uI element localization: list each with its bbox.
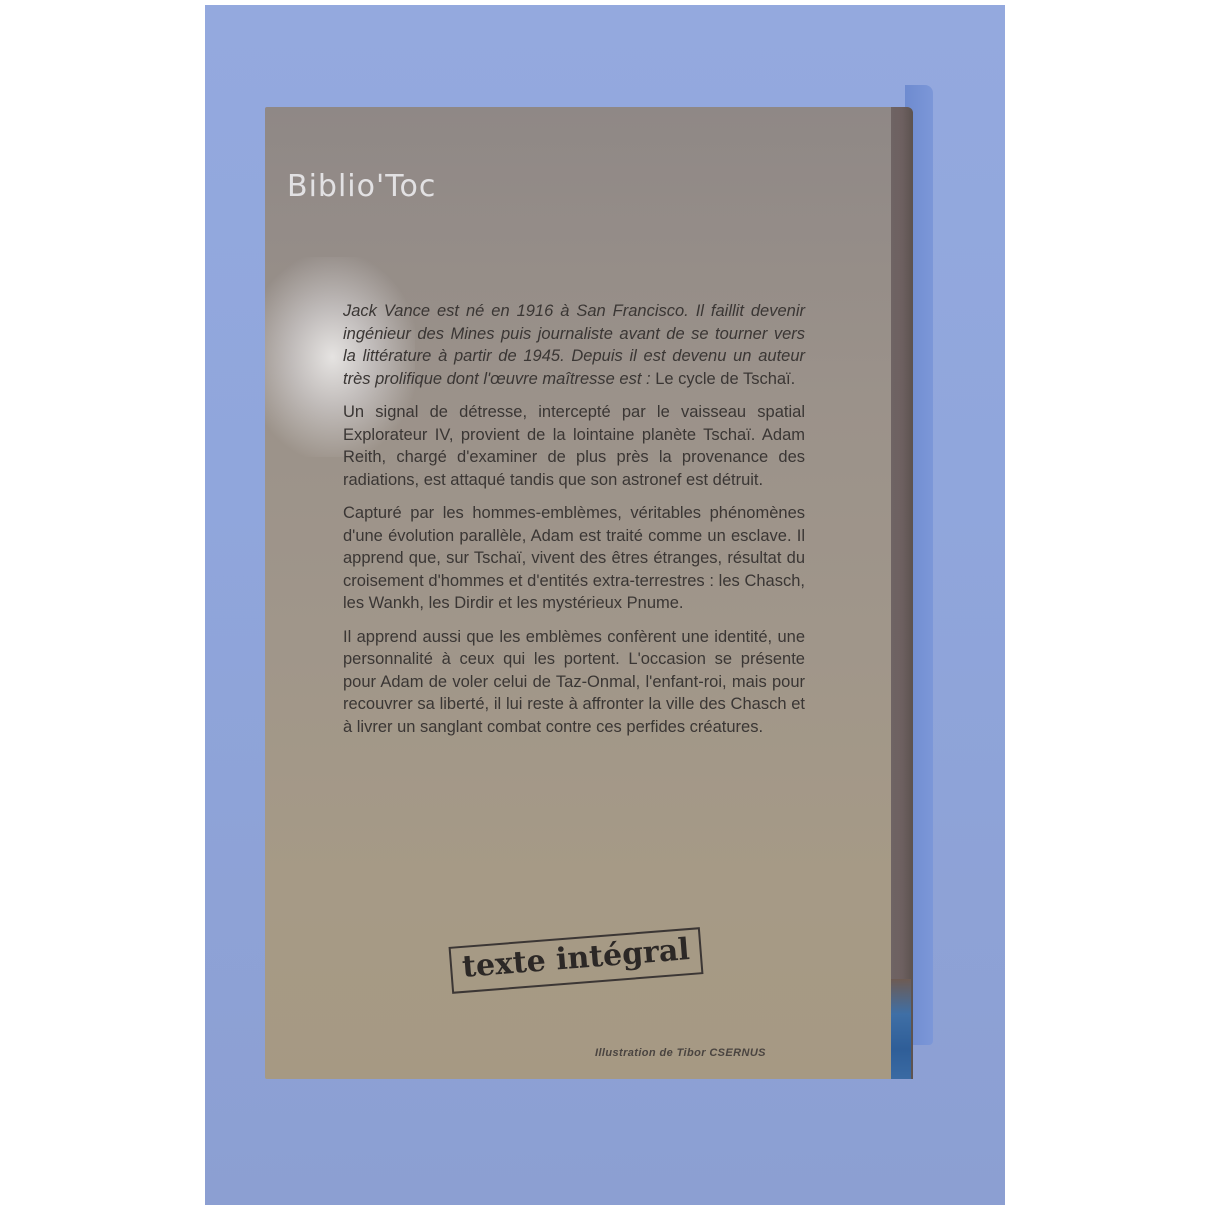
texte-integral-stamp: texte intégral [449, 927, 704, 994]
series-title: Le cycle de Tschaï. [651, 370, 796, 388]
synopsis-paragraph-1: Un signal de détresse, intercepté par le… [343, 401, 805, 491]
book-photo: Biblio'Toc Jack Vance est né en 1916 à S… [205, 5, 1005, 1205]
watermark-logo: Biblio'Toc [287, 169, 436, 204]
book-back-cover: Biblio'Toc Jack Vance est né en 1916 à S… [265, 107, 913, 1079]
synopsis-paragraph-2: Capturé par les hommes-emblèmes, véritab… [343, 502, 805, 615]
book-spine [891, 107, 913, 1079]
spine-illustration [891, 979, 911, 1079]
author-bio: Jack Vance est né en 1916 à San Francisc… [343, 300, 805, 390]
illustration-credit: Illustration de Tibor CSERNUS [595, 1047, 766, 1059]
blurb-text: Jack Vance est né en 1916 à San Francisc… [343, 300, 805, 749]
synopsis-paragraph-3: Il apprend aussi que les emblèmes confèr… [343, 626, 805, 739]
